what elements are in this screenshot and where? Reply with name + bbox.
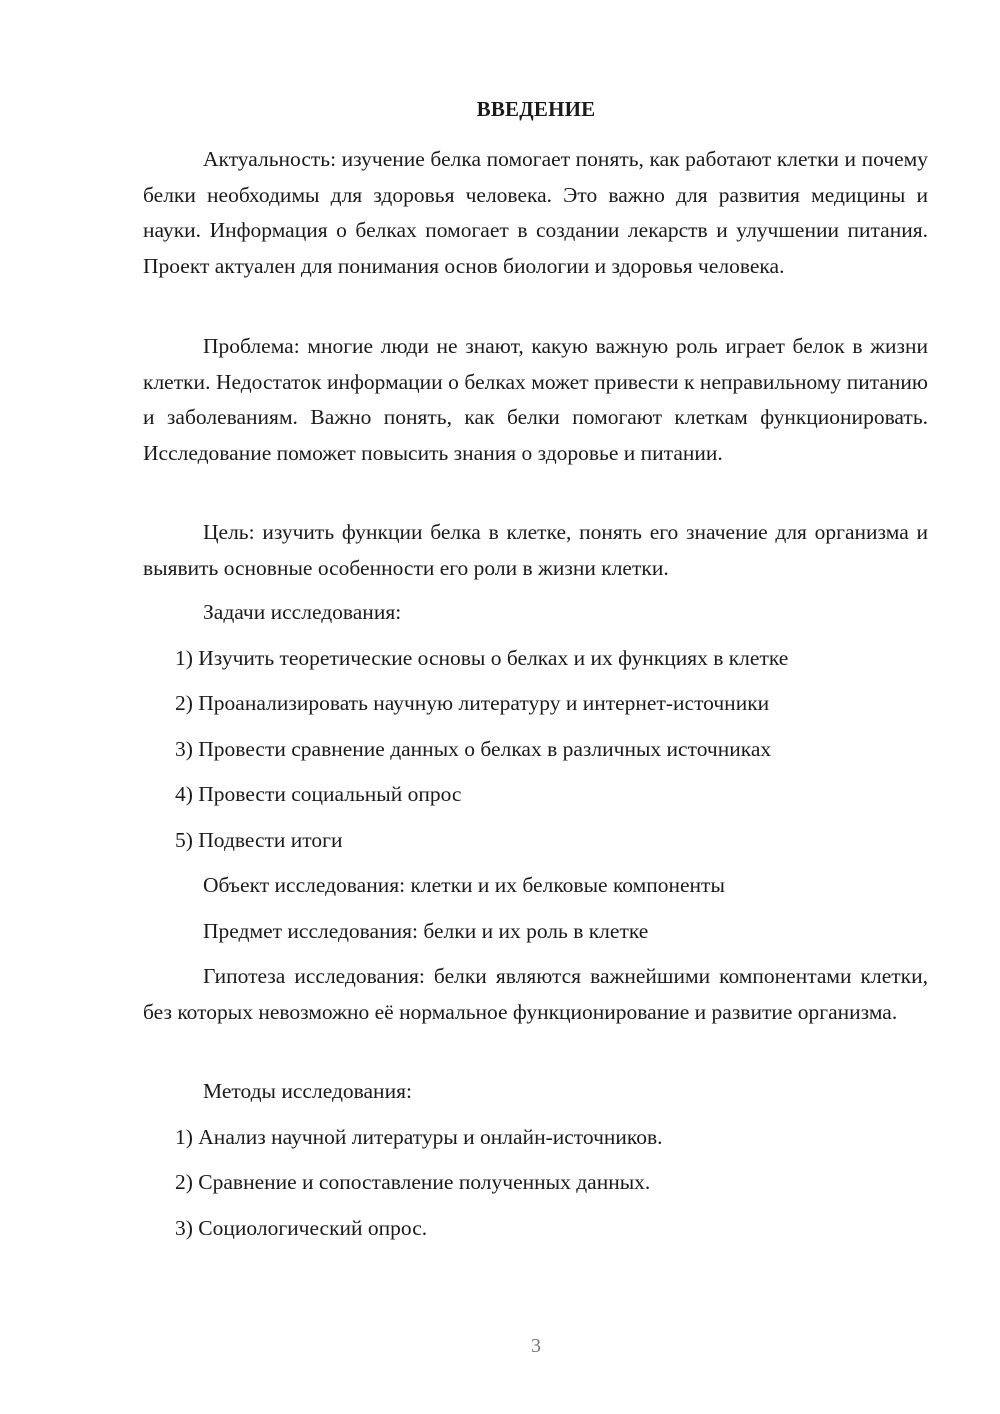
task-item: 1) Изучить теоретические основы о белках… [175, 643, 788, 673]
page-number: 3 [0, 1335, 1000, 1358]
tasks-heading: Задачи исследования: [203, 597, 401, 627]
hypothesis-paragraph: Гипотеза исследования: белки являются ва… [143, 959, 928, 1030]
research-subject: Предмет исследования: белки и их роль в … [203, 916, 648, 946]
document-page: ВВЕДЕНИЕ Актуальность: изучение белка по… [0, 0, 1000, 1414]
relevance-paragraph: Актуальность: изучение белка помогает по… [143, 142, 928, 284]
method-item: 3) Социологический опрос. [175, 1213, 427, 1243]
method-item: 1) Анализ научной литературы и онлайн-ис… [175, 1122, 663, 1152]
research-object: Объект исследования: клетки и их белковы… [203, 870, 725, 900]
goal-paragraph: Цель: изучить функции белка в клетке, по… [143, 515, 928, 586]
problem-paragraph: Проблема: многие люди не знают, какую ва… [143, 329, 928, 471]
page-title: ВВЕДЕНИЕ [0, 97, 1000, 122]
methods-heading: Методы исследования: [203, 1076, 412, 1106]
method-item: 2) Сравнение и сопоставление полученных … [175, 1167, 650, 1197]
task-item: 3) Провести сравнение данных о белках в … [175, 734, 771, 764]
task-item: 5) Подвести итоги [175, 825, 343, 855]
task-item: 2) Проанализировать научную литературу и… [175, 688, 769, 718]
task-item: 4) Провести социальный опрос [175, 779, 461, 809]
